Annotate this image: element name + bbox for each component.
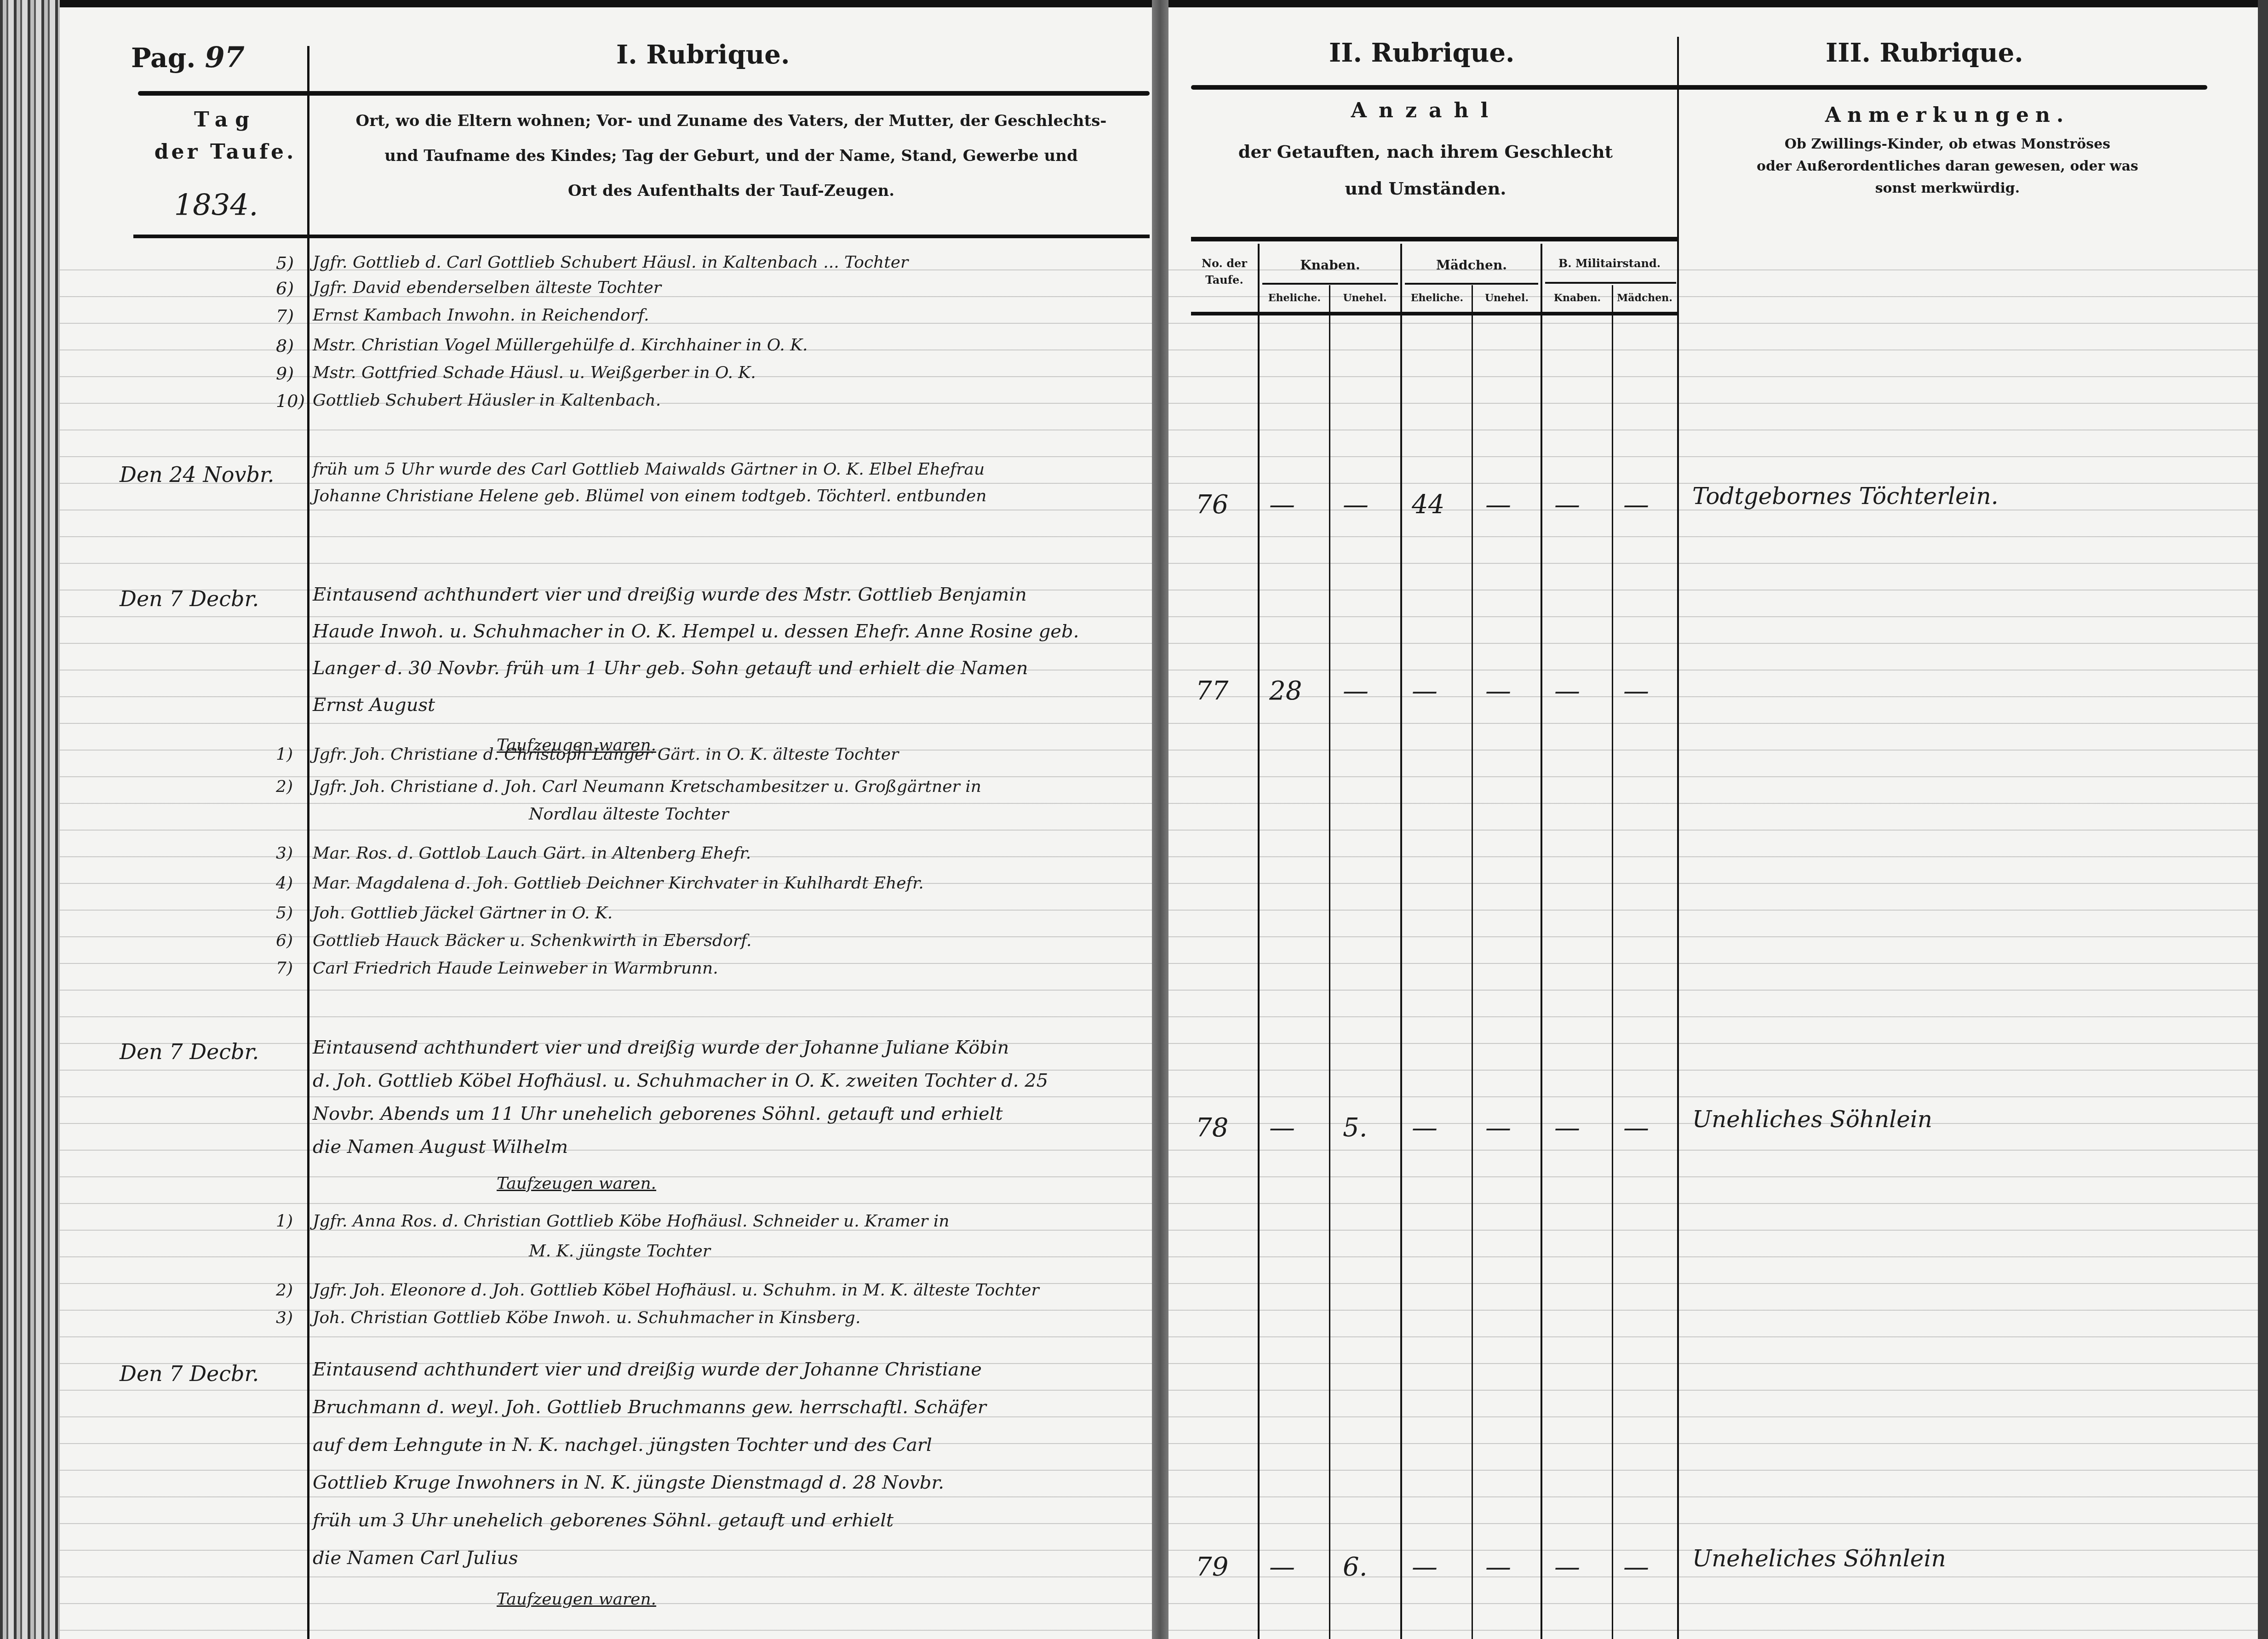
entry-text-line: früh um 3 Uhr unehelich geborenes Söhnl.… [313,1510,893,1531]
header-rule-top-right [1191,85,2207,90]
count-no: 77 [1196,676,1228,706]
entry-text-line: Eintausend achthundert vier und dreißig … [313,1037,1009,1058]
count-maedchen-unehel: — [1485,1113,1511,1143]
count-mil-knaben: — [1554,1552,1580,1582]
desc-line: der Getauften, nach ihrem Geschlecht [1196,133,1655,170]
count-mil-knaben: — [1554,490,1580,520]
count-header-rule [1191,312,1678,315]
count-maedchen-unehel: — [1485,490,1511,520]
count-maedchen-ehel: 44 [1412,490,1444,520]
der-taufe-label: der Taufe. [138,140,313,164]
column-divider-remarks [1677,37,1679,1639]
page-number: Pag. 97 [131,40,245,74]
anmerkungen-title: Anmerkungen. [1683,103,2212,127]
page-label: Pag. [131,42,195,74]
witness-text: Joh. Christian Gottlieb Köbe Inwoh. u. S… [313,1308,860,1327]
col-line [1472,285,1473,1639]
entry-text-line: die Namen August Wilhelm [313,1136,568,1158]
entry-text-line: Johanne Christiane Helene geb. Blümel vo… [313,487,986,505]
header-rule-top-left [138,91,1150,96]
column-divider-date [307,46,309,1639]
page-number-value: 97 [205,40,245,74]
entry-date: Den 7 Decbr. [120,1039,259,1064]
col-subrule [1262,283,1398,285]
count-maedchen-unehel: — [1485,1552,1511,1582]
mil-knaben-header: Knaben. [1543,292,1612,304]
witness-number: 8) [276,336,294,356]
witness-text: Ernst Kambach Inwohn. in Reichendorf. [313,306,649,325]
knaben-header: Knaben. [1260,258,1400,273]
rubrique-3-title: III. Rubrique. [1826,38,2023,68]
anmerkungen-description: Ob Zwillings-Kinder, ob etwas Monströses… [1683,133,2212,200]
witness-text: Mstr. Christian Vogel Müllergehülfe d. K… [313,336,808,355]
maedchen-ehelich-header: Eheliche. [1403,292,1472,304]
desc-line: Ort des Aufenthalts der Tauf-Zeugen. [317,173,1145,208]
entry-text-line: früh um 5 Uhr wurde des Carl Gottlieb Ma… [313,460,985,479]
entry-text-line: Langer d. 30 Novbr. früh um 1 Uhr geb. S… [313,658,1028,679]
witness-number: 4) [276,874,293,893]
witness-number: 5) [276,904,293,923]
count-maedchen-unehel: — [1485,676,1511,706]
count-mil-maedchen: — [1623,1552,1649,1582]
col-subrule [1405,283,1538,285]
count-knaben-unehel: — [1343,676,1369,706]
knaben-unehel-header: Unehel. [1330,292,1399,304]
col-subrule [1545,282,1676,284]
header-rule-bottom-right [1191,237,1678,241]
count-no: 79 [1196,1552,1228,1582]
desc-line: sonst merkwürdig. [1683,178,2212,200]
entry-date: Den 24 Novbr. [120,462,274,487]
militairstand-header: B. Militairstand. [1543,257,1676,270]
count-mil-knaben: — [1554,676,1580,706]
entry-text-line: Ernst August [313,694,435,716]
entry-text-line: die Namen Carl Julius [313,1547,518,1569]
witness-text: Nordlau älteste Tochter [529,805,729,824]
witness-text: Jgfr. Joh. Christiane d. Christoph Lange… [313,745,899,764]
witness-text: M. K. jüngste Tochter [529,1242,710,1261]
no-der-taufe-header: No. der Taufe. [1193,255,1255,288]
rubrique-1-title: I. Rubrique. [616,40,790,70]
maedchen-unehel-header: Unehel. [1473,292,1541,304]
entry-text-line: auf dem Lehngute in N. K. nachgel. jüngs… [313,1434,932,1456]
witness-number: 5) [276,253,294,273]
count-maedchen-ehel: — [1412,1552,1438,1582]
witness-text: Carl Friedrich Haude Leinweber in Warmbr… [313,959,718,978]
anzahl-title: Anzahl [1196,99,1655,122]
count-maedchen-ehel: — [1412,676,1438,706]
witness-text: Mar. Ros. d. Gottlob Lauch Gärt. in Alte… [313,844,751,863]
knaben-ehelich-header: Eheliche. [1260,292,1329,304]
witness-text: Joh. Gottlieb Jäckel Gärtner in O. K. [313,904,613,923]
witness-number: 3) [276,844,293,863]
count-knaben-ehel: — [1269,1552,1295,1582]
maedchen-header: Mädchen. [1403,258,1541,273]
mil-maedchen-header: Mädchen. [1613,292,1676,304]
count-mil-maedchen: — [1623,676,1649,706]
header-rule-bottom-left [133,235,1150,238]
page-top-edge [0,0,2268,7]
count-knaben-ehel: — [1269,1113,1295,1143]
witness-text: Gottlieb Hauck Bäcker u. Schenkwirth in … [313,931,751,950]
entry-text-line: Bruchmann d. weyl. Joh. Gottlieb Bruchma… [313,1397,986,1418]
book-edge-right [2258,0,2268,1639]
tag-label: Tag [138,108,313,132]
witness-text: Jgfr. Joh. Eleonore d. Joh. Gottlieb Köb… [313,1281,1039,1300]
witness-text: Jgfr. David ebenderselben älteste Tochte… [313,278,661,297]
col-line [1329,285,1330,1639]
count-knaben-unehel: — [1343,490,1369,520]
witness-heading: Taufzeugen waren. [497,1590,656,1609]
baptism-register-page: Pag. 97 I. Rubrique. II. Rubrique. III. … [0,0,2268,1639]
witness-heading: Taufzeugen waren. [497,1174,656,1193]
remark-text: Todtgebornes Töchterlein. [1692,483,1999,510]
witness-number: 6) [276,278,294,298]
witness-number: 9) [276,363,294,384]
count-no: 78 [1196,1113,1228,1143]
count-mil-maedchen: — [1623,1113,1649,1143]
remark-text: Uneheliches Söhnlein [1692,1545,1946,1572]
year: 1834. [152,189,281,223]
witness-number: 1) [276,745,293,764]
count-no: 76 [1196,490,1228,520]
book-gutter [1152,0,1168,1639]
count-knaben-ehel: 28 [1269,676,1302,706]
col-line [1612,285,1613,1639]
witness-number: 10) [276,391,305,411]
entry-text-line: d. Joh. Gottlieb Köbel Hofhäusl. u. Schu… [313,1070,1048,1091]
witness-text: Jgfr. Gottlieb d. Carl Gottlieb Schubert… [313,253,908,272]
remark-text: Unehliches Söhnlein [1692,1106,1932,1133]
witness-number: 7) [276,959,293,978]
entry-date: Den 7 Decbr. [120,586,259,611]
witness-number: 7) [276,306,294,326]
anzahl-description: der Getauften, nach ihrem Geschlecht und… [1196,133,1655,207]
witness-number: 2) [276,777,293,796]
count-mil-maedchen: — [1623,490,1649,520]
witness-text: Jgfr. Joh. Christiane d. Joh. Carl Neuma… [313,777,981,796]
col-line [1400,244,1402,1639]
witness-text: Gottlieb Schubert Häusler in Kaltenbach. [313,391,661,410]
witness-text: Jgfr. Anna Ros. d. Christian Gottlieb Kö… [313,1212,949,1231]
count-knaben-unehel: 5. [1343,1113,1367,1143]
col-line [1541,244,1542,1639]
witness-number: 3) [276,1308,293,1327]
desc-line: Ort, wo die Eltern wohnen; Vor- und Zuna… [317,103,1145,138]
witness-number: 2) [276,1281,293,1300]
witness-number: 6) [276,931,293,950]
entry-date: Den 7 Decbr. [120,1361,259,1386]
witness-number: 1) [276,1212,293,1231]
entry-text-line: Eintausend achthundert vier und dreißig … [313,584,1027,605]
witness-text: Mar. Magdalena d. Joh. Gottlieb Deichner… [313,874,924,893]
rubrique-2-title: II. Rubrique. [1329,38,1515,68]
rubrique-1-description: Ort, wo die Eltern wohnen; Vor- und Zuna… [317,103,1145,208]
desc-line: oder Außerordentliches daran gewesen, od… [1683,155,2212,178]
witness-text: Mstr. Gottfried Schade Häusl. u. Weißger… [313,363,756,382]
entry-text-line: Eintausend achthundert vier und dreißig … [313,1359,982,1380]
desc-line: und Taufname des Kindes; Tag der Geburt,… [317,138,1145,173]
book-binding-left [0,0,60,1639]
count-knaben-unehel: 6. [1343,1552,1367,1582]
entry-text-line: Gottlieb Kruge Inwohners in N. K. jüngst… [313,1472,944,1493]
col-line [1258,244,1260,1639]
count-mil-knaben: — [1554,1113,1580,1143]
count-maedchen-ehel: — [1412,1113,1438,1143]
desc-line: und Umständen. [1196,170,1655,207]
desc-line: Ob Zwillings-Kinder, ob etwas Monströses [1683,133,2212,155]
entry-text-line: Haude Inwoh. u. Schuhmacher in O. K. Hem… [313,621,1079,642]
entry-text-line: Novbr. Abends um 11 Uhr unehelich gebore… [313,1103,1003,1124]
count-knaben-ehel: — [1269,490,1295,520]
